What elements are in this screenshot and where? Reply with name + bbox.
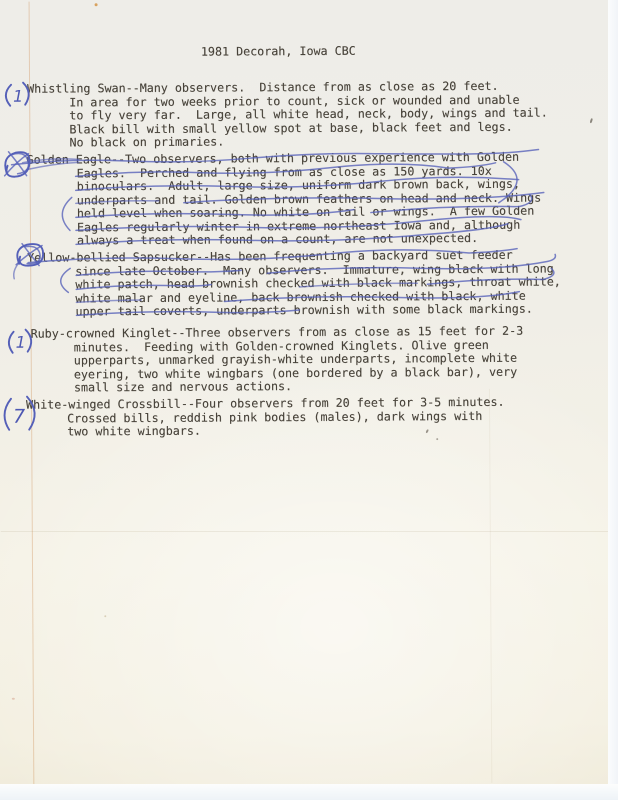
page-content: 1981 Decorah, Iowa CBC Whistling Swan--M… (0, 0, 618, 800)
scanned-page: 1981 Decorah, Iowa CBC Whistling Swan--M… (0, 0, 618, 800)
margin-mark-circled-number: 1 (9, 330, 31, 353)
typed-line: small size and nervous actions. (31, 379, 524, 396)
typed-line: two white wingbars. (26, 423, 505, 439)
entry-golden-eagle: Golden Eagle--Two observers, both with p… (26, 151, 541, 249)
margin-number: 1 (13, 87, 23, 106)
paper-crease (1, 531, 609, 532)
paper-speck (104, 615, 106, 617)
paper-speck (95, 3, 98, 6)
typed-line: always a treat when found on a count, ar… (27, 232, 541, 249)
entry-ruby-crowned-kinglet: Ruby-crowned Kinglet--Three observers fr… (31, 325, 524, 396)
typed-line: No black on primaries. (27, 133, 548, 150)
entry-white-winged-crossbill: White-winged Crossbill--Four observers f… (26, 396, 505, 439)
paper-speck (436, 438, 438, 440)
margin-mark-circled-number: 1 (6, 83, 29, 106)
margin-number: 1 (16, 333, 26, 352)
scan-edge (0, 784, 618, 800)
margin-number: 7 (13, 406, 25, 428)
typed-line: upper tail coverts, underparts brownish … (27, 302, 561, 319)
paper-crease (489, 389, 492, 783)
entry-whistling-swan: Whistling Swan--Many observers. Distance… (27, 79, 548, 150)
paper-speck (12, 698, 15, 700)
page-title: 1981 Decorah, Iowa CBC (201, 45, 356, 59)
paper-speck (590, 118, 593, 123)
entry-yellow-bellied-sapsucker: Yellow-bellied Sapsucker--Has been frequ… (27, 248, 561, 319)
scan-edge (608, 0, 618, 784)
